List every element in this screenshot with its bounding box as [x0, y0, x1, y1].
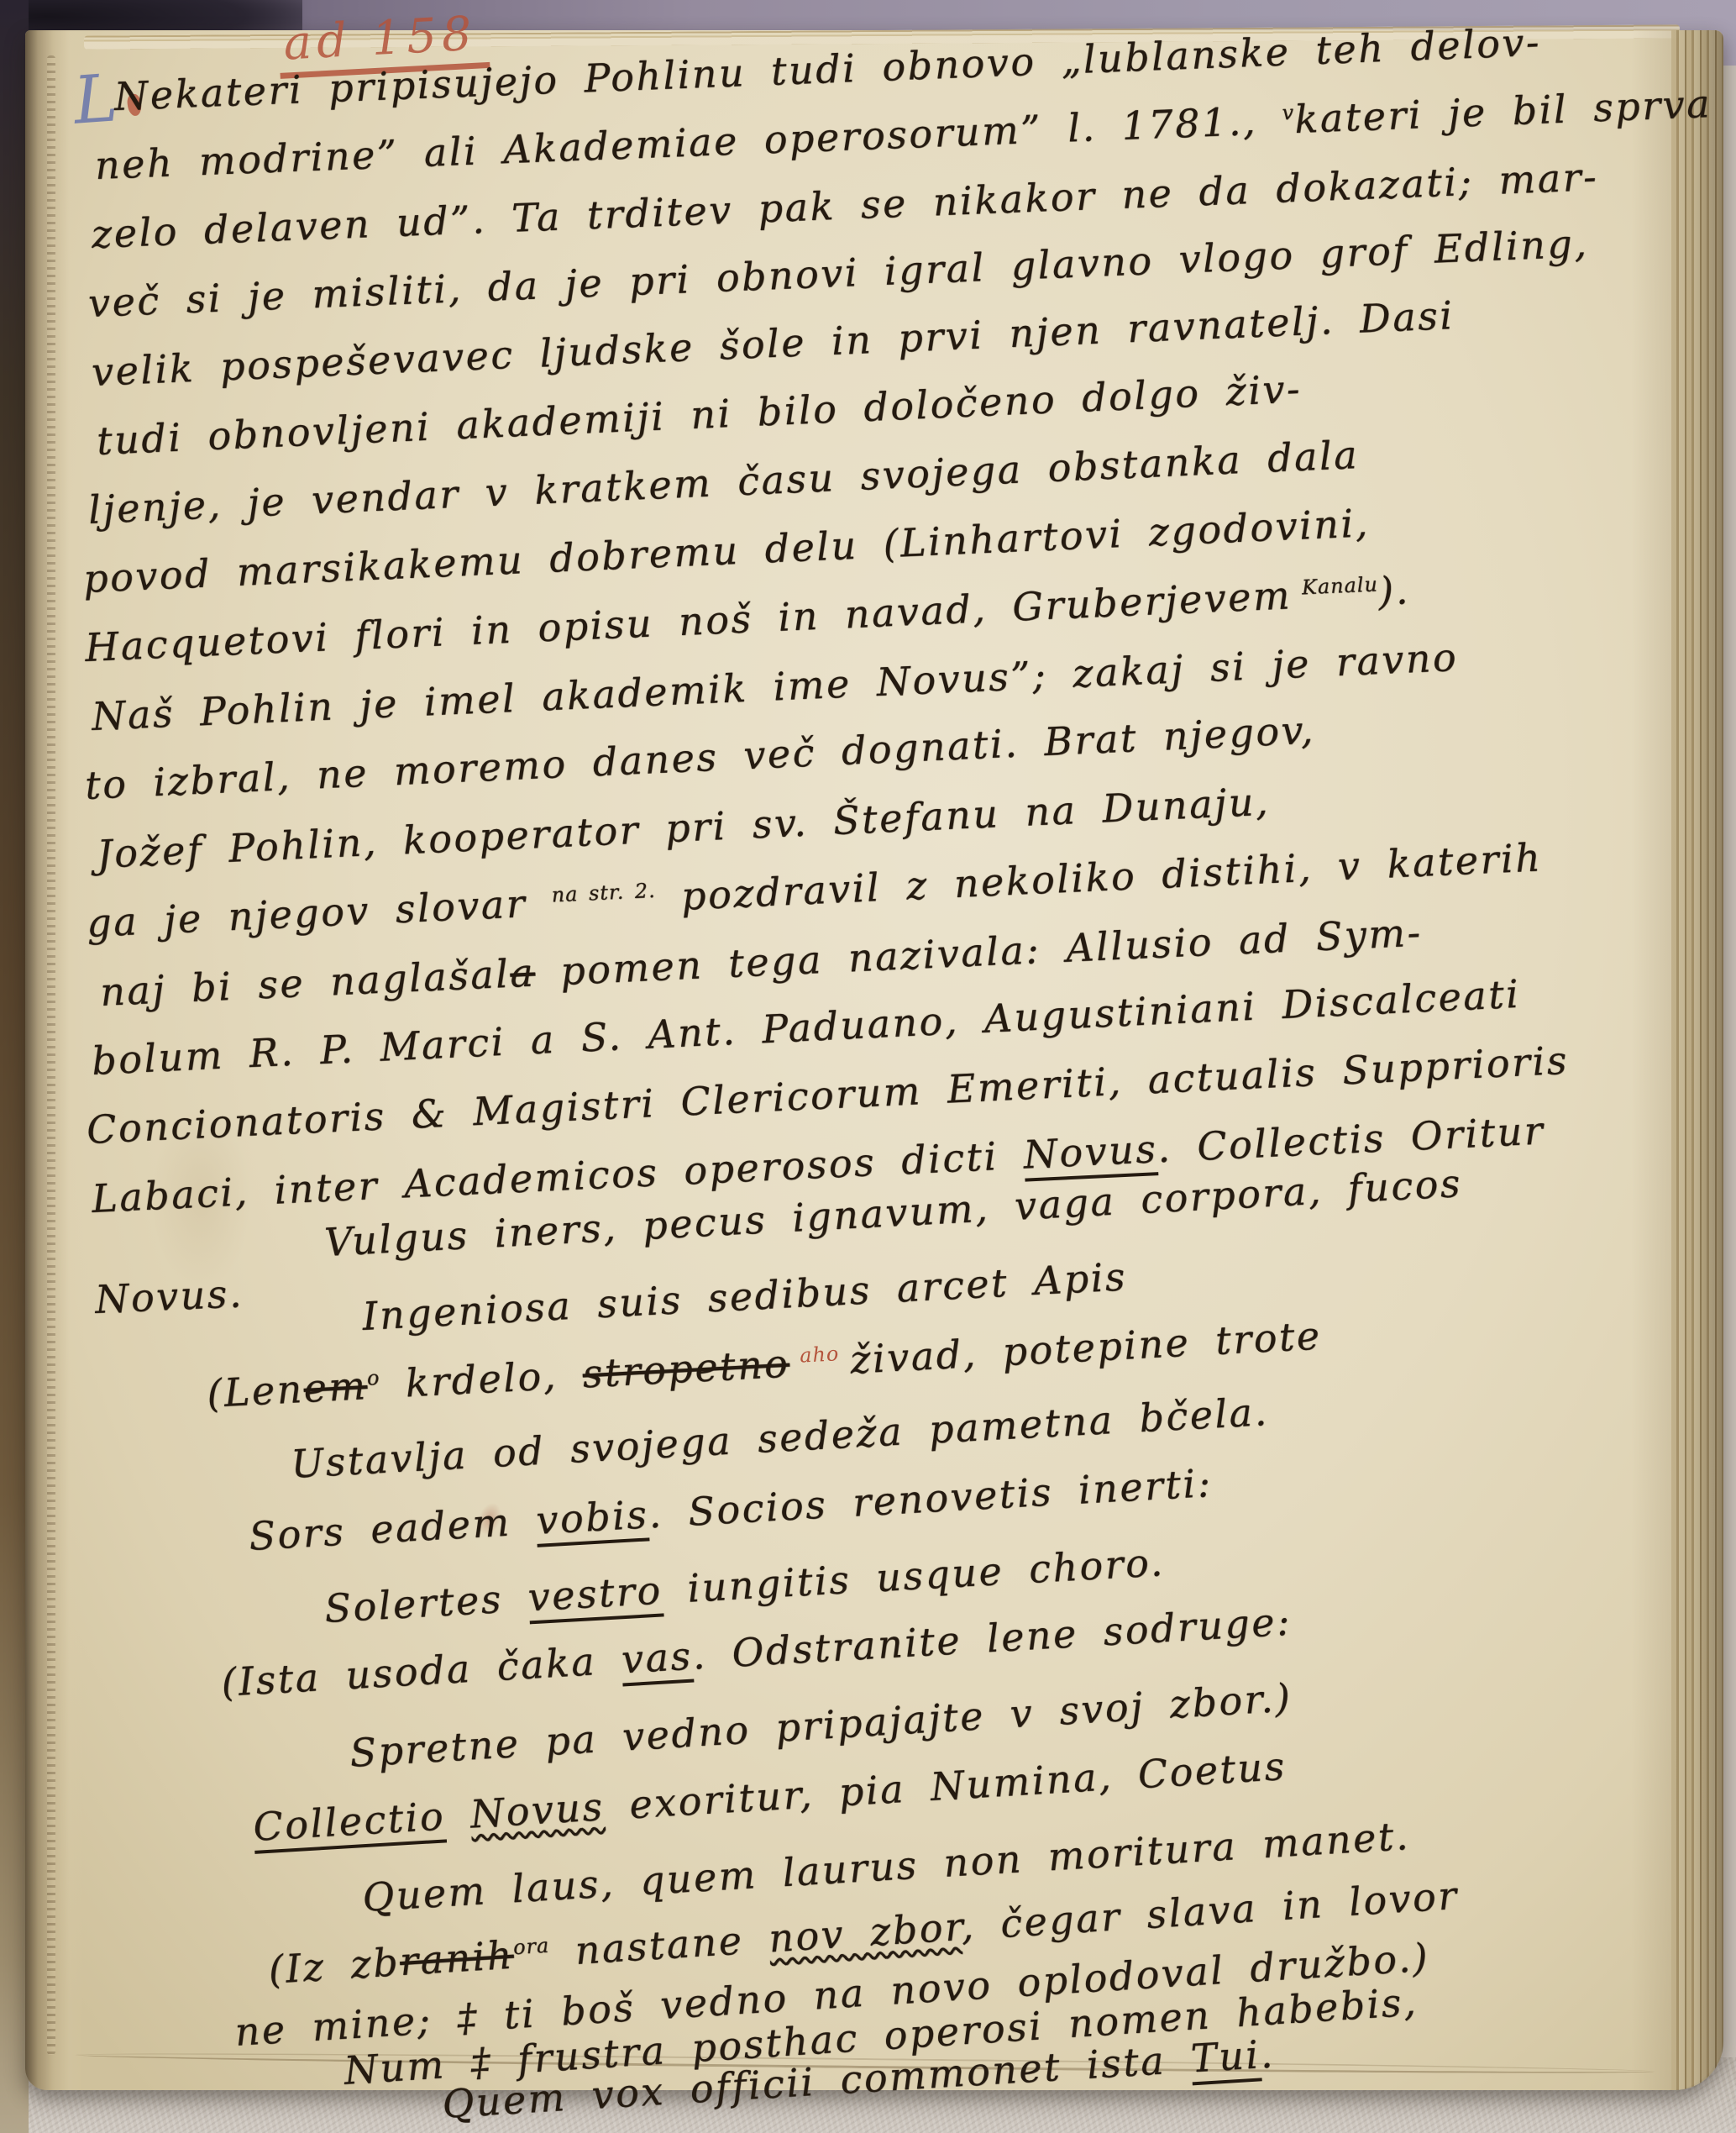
text-segment: em [302, 1363, 369, 1411]
text-segment: nastane [548, 1916, 770, 1975]
text-segment: . Collectis Oritur [1156, 1107, 1546, 1171]
text-segment [443, 1792, 471, 1839]
text-segment: živad, potepine trote [849, 1312, 1323, 1382]
text-segment: Sors eadem [248, 1498, 538, 1559]
text-segment: ga je njegov slovar [86, 880, 553, 946]
text-segment: pozdravil z nekoliko distihi, v katerih [655, 834, 1544, 920]
text-segment: nov zbor [768, 1904, 962, 1961]
text-segment: Tui [1189, 2031, 1261, 2085]
text-segment: vestro [527, 1568, 663, 1625]
manuscript-line: Ingeniosa suis sedibus arcet Apis [361, 1253, 1128, 1339]
text-segment: . Socios renovetis inerti: [648, 1460, 1214, 1537]
text-segment: (Len [206, 1366, 305, 1416]
text-segment: Collectio [252, 1793, 447, 1853]
text-segment: . [1259, 2031, 1276, 2077]
text-segment: Kanalu [1291, 572, 1379, 599]
text-segment: stropetno [581, 1341, 790, 1397]
text-segment: vobis [535, 1491, 650, 1547]
handwriting-layer: Nekateri pripisujejo Pohlinu tudi obnovo… [0, 0, 1736, 2133]
text-segment: Ingeniosa suis sedibus arcet Apis [361, 1253, 1128, 1339]
manuscript-line: Novus. [94, 1270, 244, 1322]
text-segment: ora [512, 1934, 550, 1960]
text-segment: (Ista usoda čaka [220, 1637, 623, 1705]
text-segment: naj bi se naglašal [99, 951, 511, 1015]
text-segment: krdelo, [379, 1352, 584, 1408]
text-segment: Novus. [94, 1270, 244, 1322]
text-segment: a [509, 949, 536, 996]
text-segment: Solertes [323, 1574, 529, 1631]
text-segment: Novus [1022, 1126, 1158, 1181]
text-segment: Novus [469, 1784, 606, 1836]
photographed-manuscript: { "annotations": { "page_ref": "ad 158",… [0, 0, 1736, 2133]
red-pencil-insertion: aho [789, 1342, 851, 1369]
text-segment: ranih [398, 1932, 515, 1984]
text-segment: (Iz zb [267, 1939, 401, 1993]
text-segment: exoritur, pia Numina, Coetus [603, 1743, 1288, 1829]
text-segment: ). [1377, 567, 1411, 614]
text-segment: o [366, 1366, 380, 1390]
text-segment: na str. 2. [551, 879, 656, 907]
text-segment: kateri je bil sprva [1293, 81, 1712, 142]
text-segment: vas [621, 1633, 695, 1687]
text-segment: iungitis usque choro. [661, 1539, 1166, 1612]
text-segment: . Odstranite lene sodruge: [691, 1599, 1293, 1679]
